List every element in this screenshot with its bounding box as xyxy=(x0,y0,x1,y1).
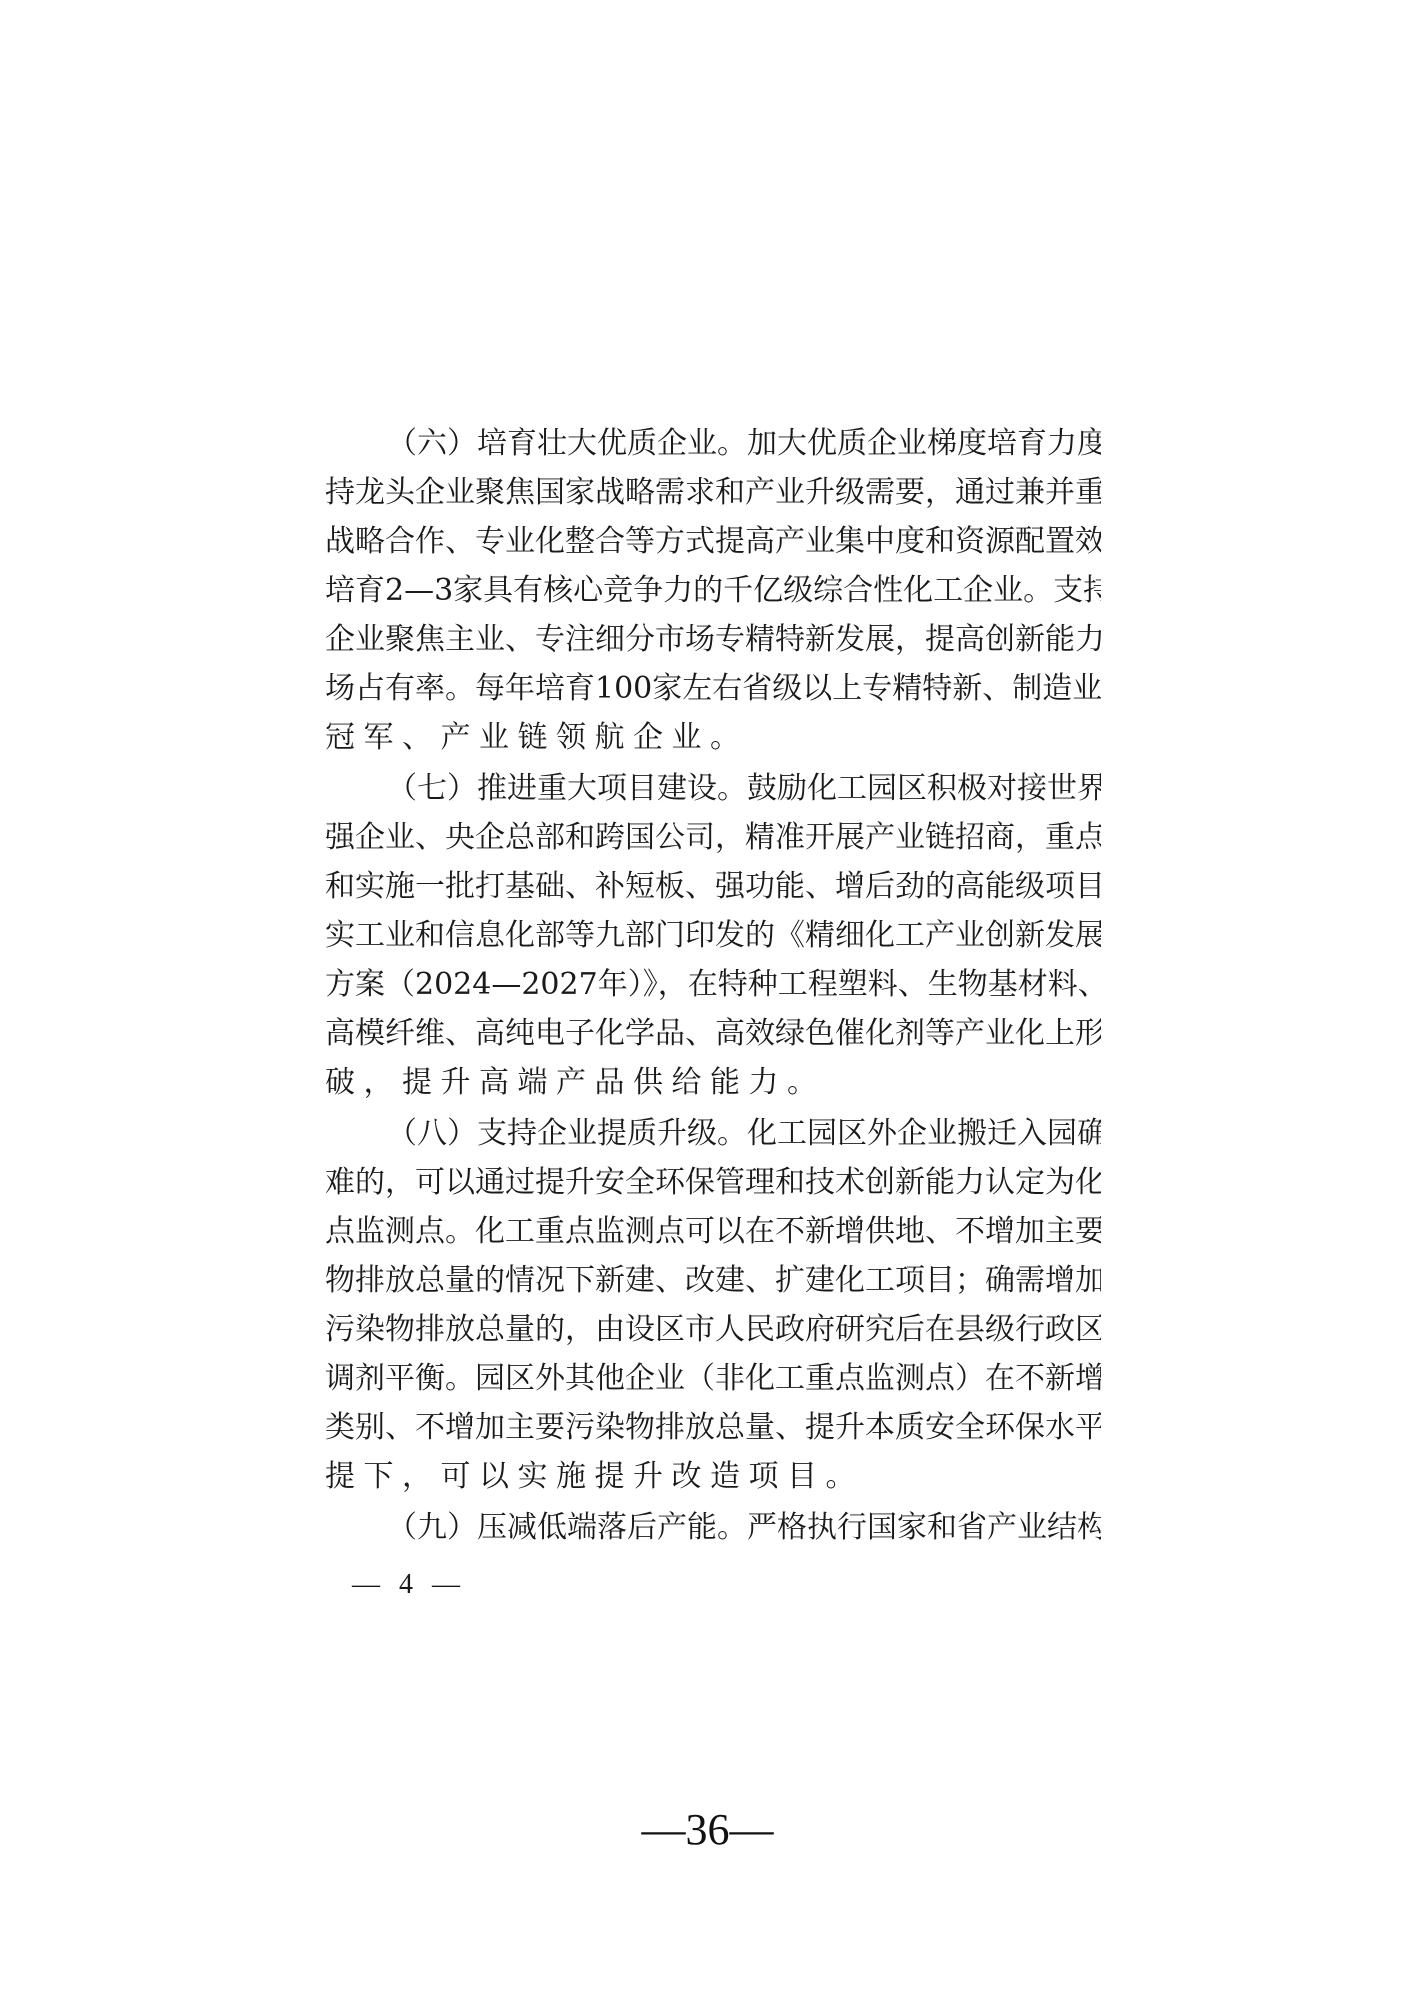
text-line: 提下，可以实施提升改造项目。 xyxy=(325,1452,1101,1501)
text-line: 破，提升高端产品供给能力。 xyxy=(325,1058,1101,1107)
text-line: 强企业、央企总部和跨国公司，精准开展产业链招商，重点引进 xyxy=(325,813,1101,862)
text-line: 战略合作、专业化整合等方式提高产业集中度和资源配置效率。 xyxy=(325,517,1101,566)
text-line: 实工业和信息化部等九部门印发的《精细化工产业创新发展实施 xyxy=(325,911,1101,960)
text-line: 难的，可以通过提升安全环保管理和技术创新能力认定为化工重 xyxy=(325,1158,1101,1207)
text-line: （七）推进重大项目建设。鼓励化工园区积极对接世界500 xyxy=(325,764,1101,813)
text-line: 和实施一批打基础、补短板、强功能、增后劲的高能级项目。落 xyxy=(325,862,1101,911)
text-line: 持龙头企业聚焦国家战略需求和产业升级需要，通过兼并重组、 xyxy=(325,468,1101,517)
text-line: （九）压减低端落后产能。严格执行国家和省产业结构调整 xyxy=(325,1503,1101,1552)
text-line: （八）支持企业提质升级。化工园区外企业搬迁入园确有困 xyxy=(325,1109,1101,1158)
text-line: 类别、不增加主要污染物排放总量、提升本质安全环保水平的前 xyxy=(325,1403,1101,1452)
document-body: （六）培育壮大优质企业。加大优质企业梯度培育力度，支 持龙头企业聚焦国家战略需求… xyxy=(325,419,1101,1554)
text-line: 培育2—3家具有核心竞争力的千亿级综合性化工企业。支持中小 xyxy=(325,566,1101,615)
paragraph-8-enterprise-upgrading: （八）支持企业提质升级。化工园区外企业搬迁入园确有困 难的，可以通过提升安全环保… xyxy=(325,1109,1101,1501)
outer-page-number: —36— xyxy=(0,1806,1415,1854)
text-line: 高模纤维、高纯电子化学品、高效绿色催化剂等产业化上形成突 xyxy=(325,1009,1101,1058)
text-line: 调剂平衡。园区外其他企业（非化工重点监测点）在不新增产品 xyxy=(325,1354,1101,1403)
paragraph-6-cultivate-quality-enterprises: （六）培育壮大优质企业。加大优质企业梯度培育力度，支 持龙头企业聚焦国家战略需求… xyxy=(325,419,1101,762)
inner-page-number: — 4 — xyxy=(352,1567,466,1603)
text-line: （六）培育壮大优质企业。加大优质企业梯度培育力度，支 xyxy=(325,419,1101,468)
text-line: 污染物排放总量的，由设区市人民政府研究后在县级行政区域内 xyxy=(325,1305,1101,1354)
text-line: 物排放总量的情况下新建、改建、扩建化工项目；确需增加主要 xyxy=(325,1256,1101,1305)
text-line: 场占有率。每年培育100家左右省级以上专精特新、制造业单项 xyxy=(325,664,1101,713)
paragraph-9-reduce-backward-capacity: （九）压减低端落后产能。严格执行国家和省产业结构调整 xyxy=(325,1503,1101,1552)
text-line: 企业聚焦主业、专注细分市场专精特新发展，提高创新能力和市 xyxy=(325,615,1101,664)
text-line: 冠军、产业链领航企业。 xyxy=(325,713,1101,762)
text-line: 点监测点。化工重点监测点可以在不新增供地、不增加主要污染 xyxy=(325,1207,1101,1256)
paragraph-7-major-projects: （七）推进重大项目建设。鼓励化工园区积极对接世界500 强企业、央企总部和跨国公… xyxy=(325,764,1101,1107)
text-line: 方案（2024—2027年）》，在特种工程塑料、生物基材料、高强 xyxy=(325,960,1101,1009)
